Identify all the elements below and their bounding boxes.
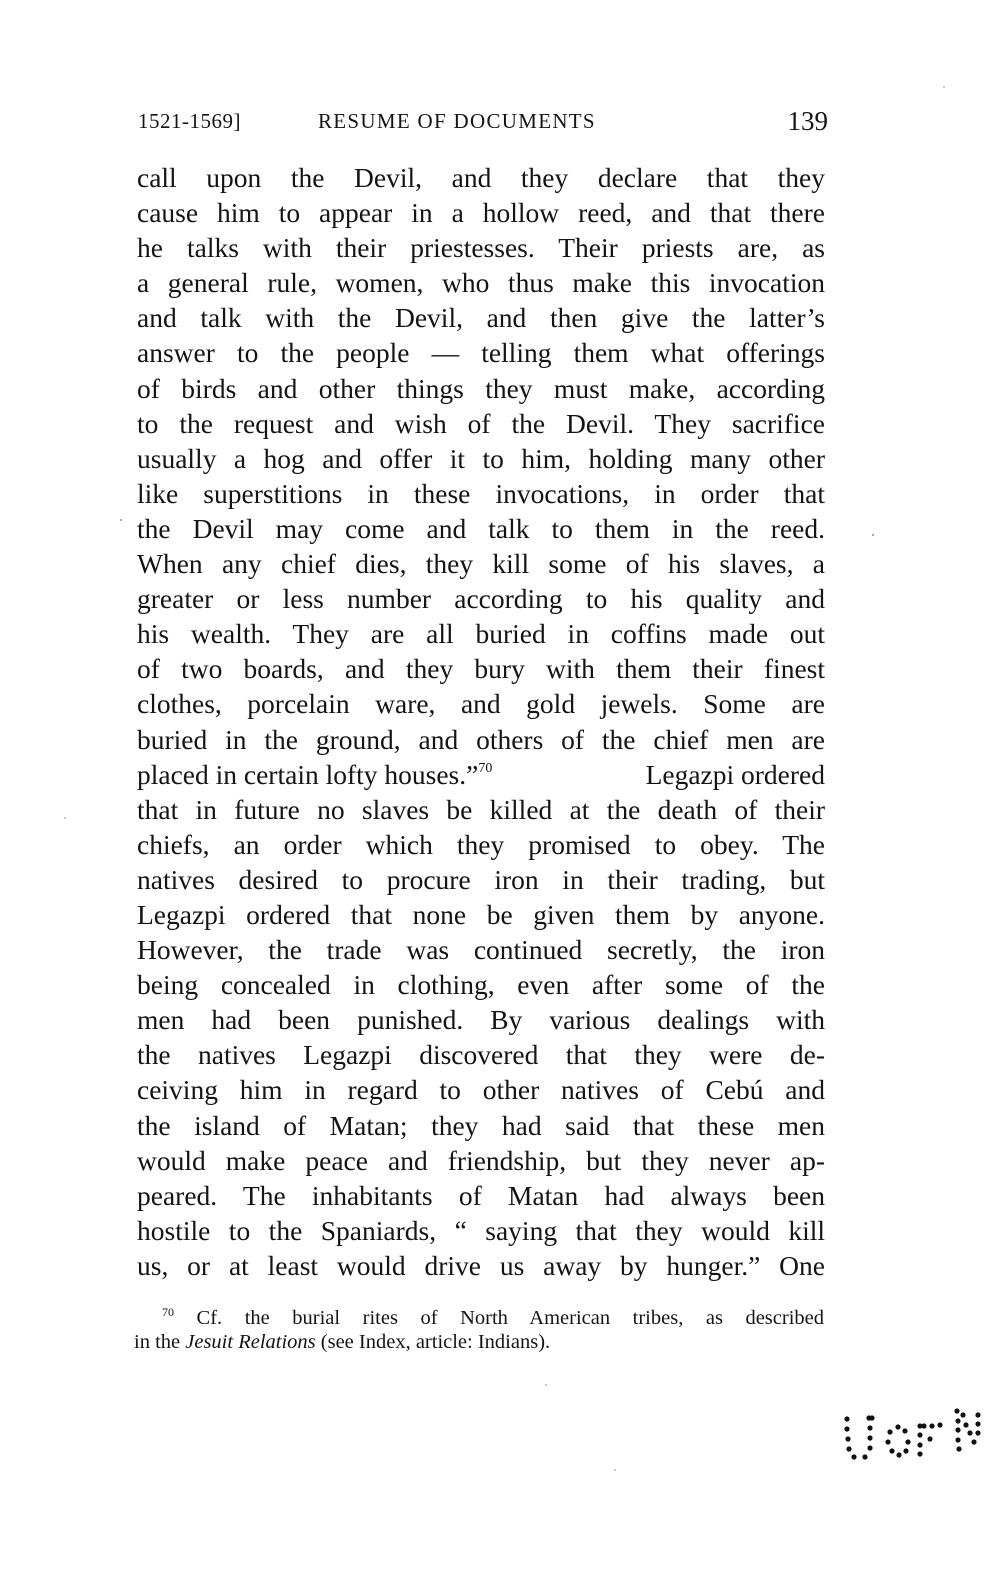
text-line: buried in the ground, and others of the …	[137, 722, 825, 757]
footnote-number: 70	[162, 1305, 174, 1319]
text-line: of birds and other things they must make…	[137, 371, 825, 406]
text-line: men had been punished. By various dealin…	[137, 1002, 825, 1037]
footnote: 70 Cf. the burial rites of North America…	[134, 1306, 824, 1354]
text-line: natives desired to procure iron in their…	[137, 862, 825, 897]
text-line: the Devil may come and talk to them in t…	[137, 511, 825, 546]
footnote-text: in the	[134, 1331, 185, 1353]
text-line: a general rule, women, who thus make thi…	[137, 265, 825, 300]
footnote-work-title: Jesuit Relations	[185, 1331, 315, 1353]
footnote-text: (see Index, article: Indians).	[316, 1331, 551, 1353]
text-line: Legazpi ordered that none be given them …	[137, 897, 825, 932]
text-fragment: placed in certain lofty houses.”	[137, 759, 478, 790]
text-line: the island of Matan; they had said that …	[137, 1108, 825, 1143]
text-line: being concealed in clothing, even after …	[137, 967, 825, 1002]
text-line: and talk with the Devil, and then give t…	[137, 300, 825, 335]
text-line: the natives Legazpi discovered that they…	[137, 1037, 825, 1072]
text-line: of two boards, and they bury with them t…	[137, 651, 825, 686]
text-line-with-footnote-ref: placed in certain lofty houses.”70 Legaz…	[137, 757, 825, 792]
text-line: ceiving him in regard to other natives o…	[137, 1072, 825, 1107]
running-head: 1521-1569] RESUME OF DOCUMENTS 139	[138, 104, 828, 138]
text-line: like superstitions in these invocations,…	[137, 476, 825, 511]
text-line: usually a hog and offer it to him, holdi…	[137, 441, 825, 476]
footnote-reference[interactable]: 70	[478, 761, 492, 776]
footnote-line-1: 70 Cf. the burial rites of North America…	[134, 1306, 824, 1330]
text-line: hostile to the Spaniards, “ saying that …	[137, 1213, 825, 1248]
text-line: chiefs, an order which they promised to …	[137, 827, 825, 862]
text-line: would make peace and friendship, but the…	[137, 1143, 825, 1178]
footnote-text: Cf. the burial rites of North American t…	[197, 1307, 824, 1329]
text-fragment: Legazpi ordered	[646, 757, 825, 792]
page-number: 139	[788, 104, 829, 138]
text-line: cause him to appear in a hollow reed, an…	[137, 195, 825, 230]
running-head-date-range: 1521-1569]	[138, 104, 241, 138]
text-line: he talks with their priestesses. Their p…	[137, 230, 825, 265]
text-line: peared. The inhabitants of Matan had alw…	[137, 1178, 825, 1213]
text-line: that in future no slaves be killed at th…	[137, 792, 825, 827]
text-line: answer to the people — telling them what…	[137, 335, 825, 370]
body-text: call upon the Devil, and they declare th…	[137, 160, 825, 1283]
running-head-title: RESUME OF DOCUMENTS	[318, 104, 596, 138]
text-line: When any chief dies, they kill some of h…	[137, 546, 825, 581]
text-line: clothes, porcelain ware, and gold jewels…	[137, 686, 825, 721]
text-line: However, the trade was continued secretl…	[137, 932, 825, 967]
text-line: greater or less number according to his …	[137, 581, 825, 616]
text-line: his wealth. They are all buried in coffi…	[137, 616, 825, 651]
text-line: call upon the Devil, and they declare th…	[137, 160, 825, 195]
footnote-line-2: in the Jesuit Relations (see Index, arti…	[134, 1330, 824, 1354]
text-line: to the request and wish of the Devil. Th…	[137, 406, 825, 441]
text-line: us, or at least would drive us away by h…	[137, 1248, 825, 1283]
library-stamp-icon	[838, 1400, 986, 1476]
